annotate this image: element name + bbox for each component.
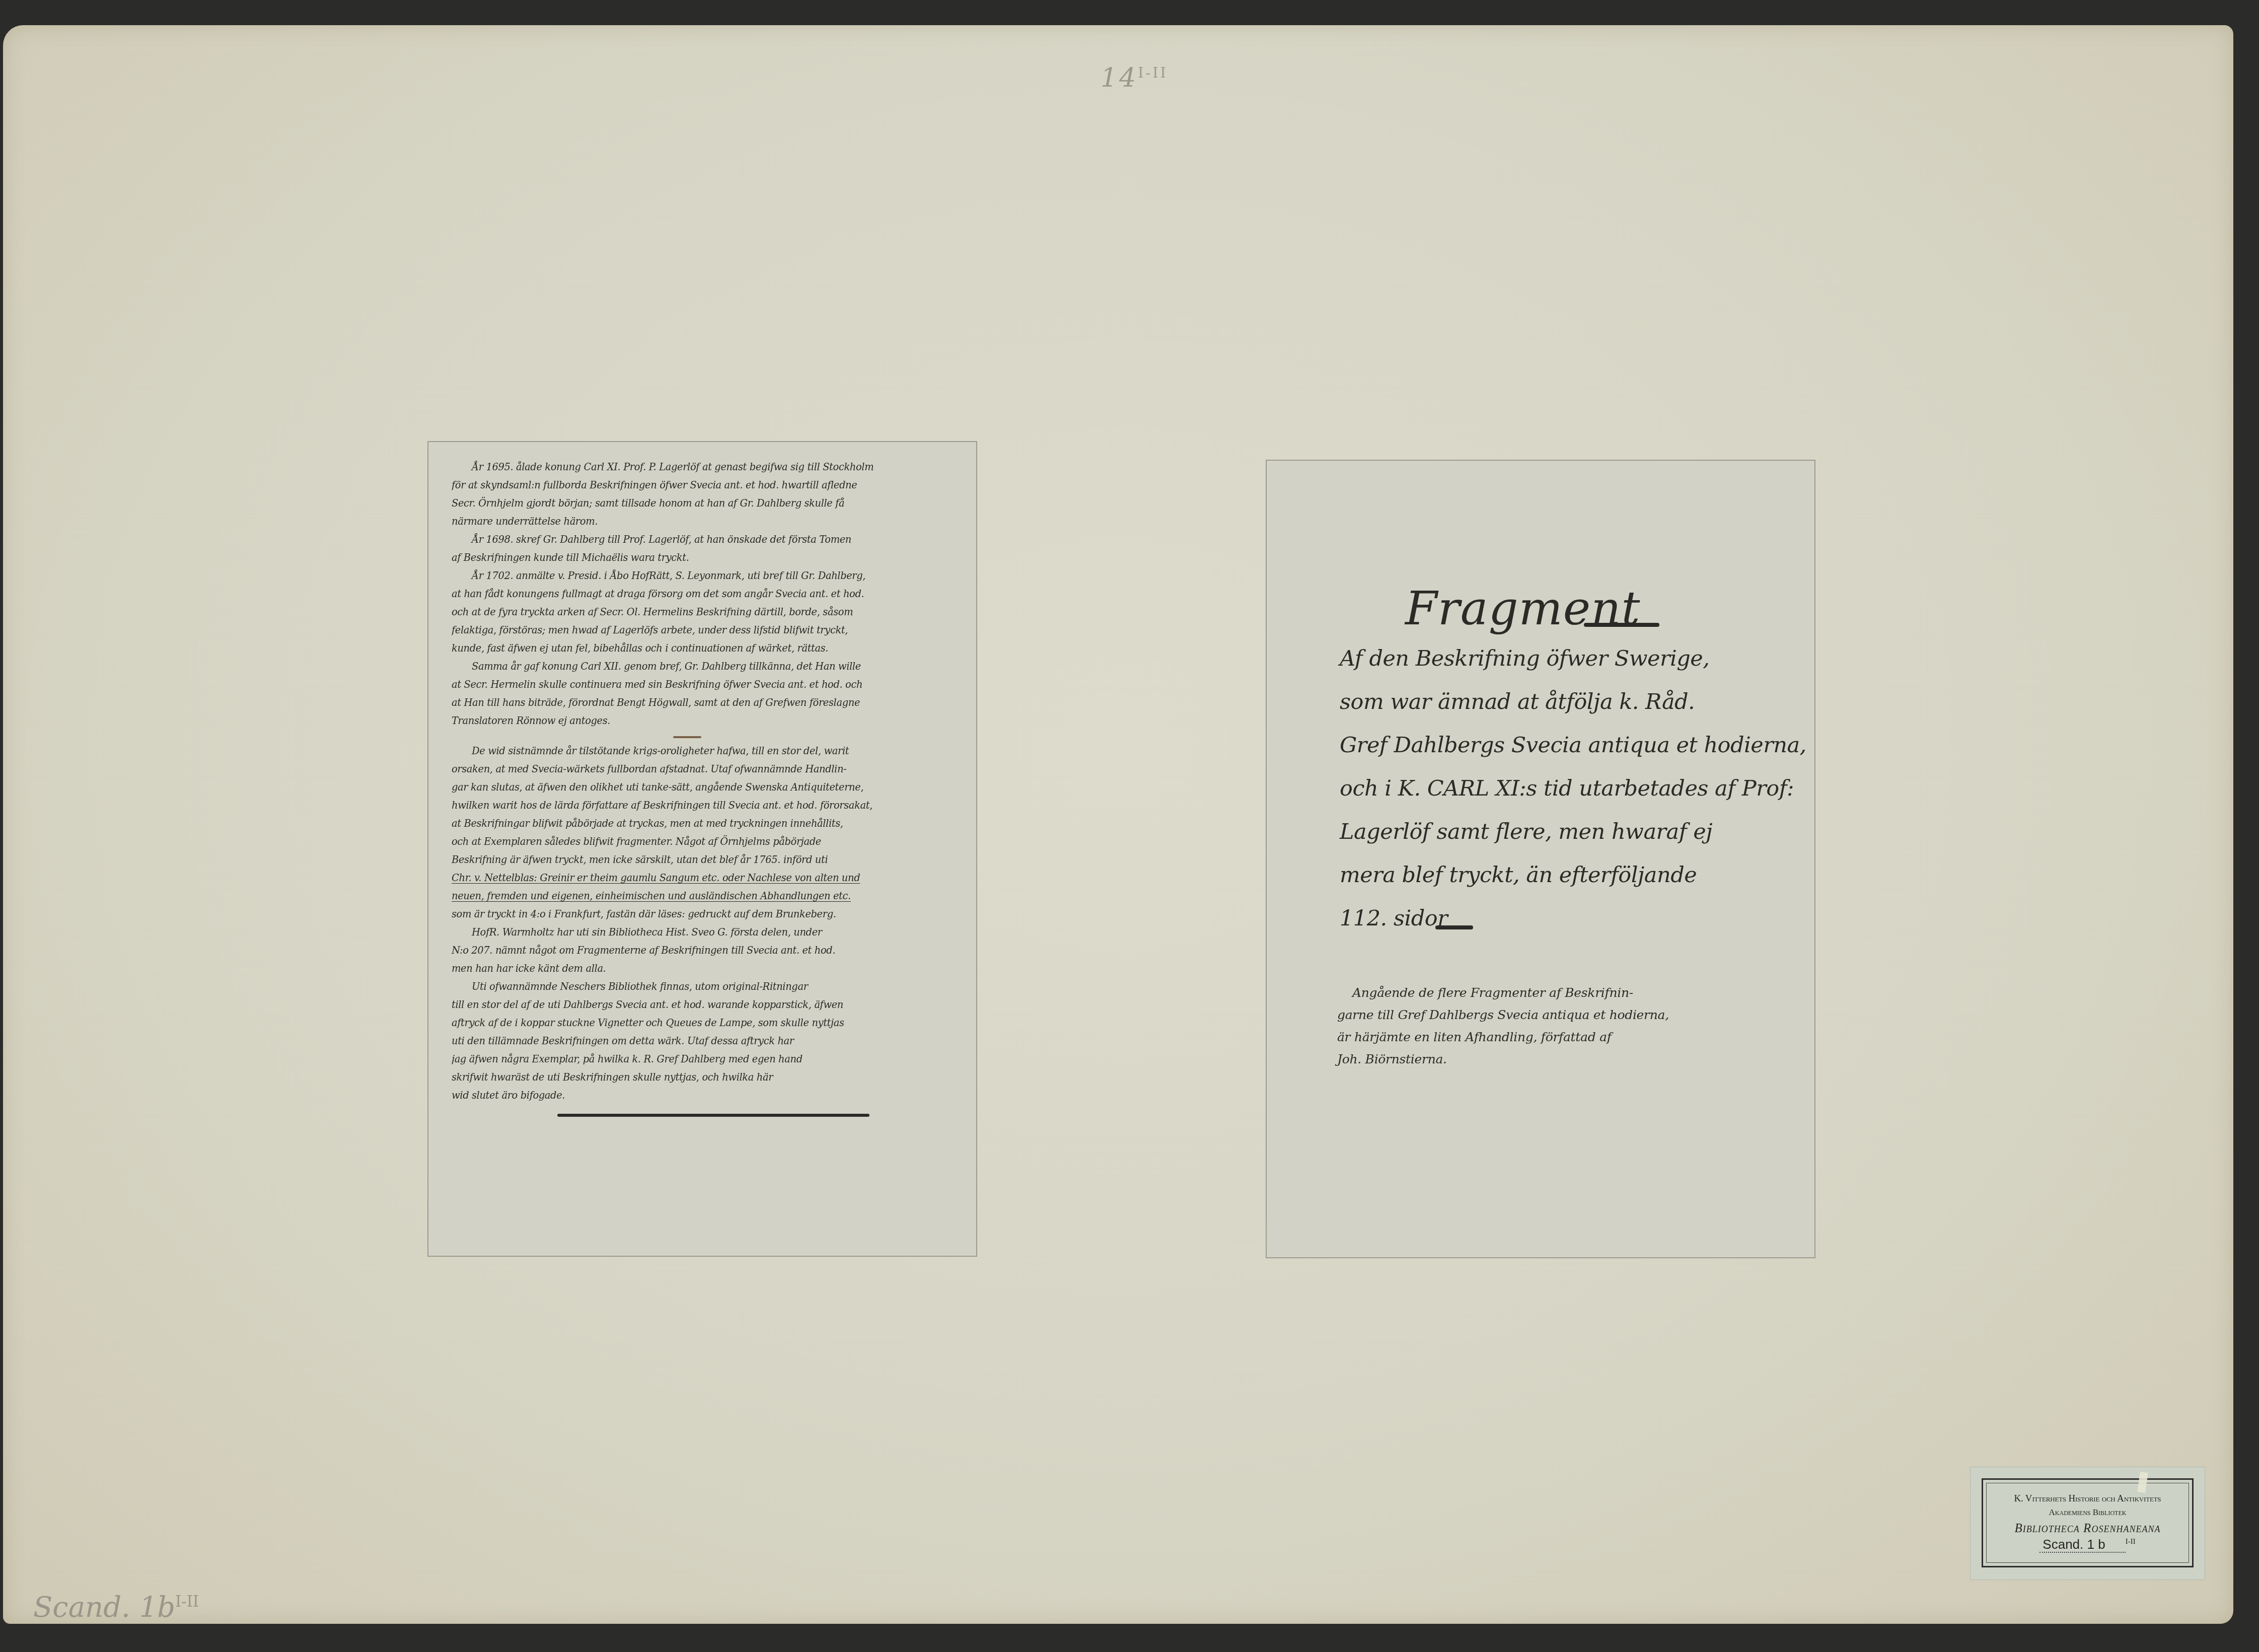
subtitle-line: Lagerlöf samt flere, men hwaraf ej (1340, 810, 1793, 853)
note-line: garne till Gref Dahlbergs Svecia antiqua… (1337, 1004, 1790, 1026)
text-line: och at de fyra tryckta arken af Secr. Ol… (452, 603, 962, 621)
end-rule (557, 1114, 869, 1117)
subtitle-line: Af den Beskrifning öfwer Swerige, (1340, 637, 1793, 680)
paragraph-1702: År 1702. anmälte v. Presid. i Åbo HofRät… (452, 567, 962, 658)
left-mounted-page: År 1695. ålade konung Carl XI. Prof. P. … (427, 441, 977, 1257)
text-line: men han har icke känt dem alla. (452, 960, 962, 978)
subtitle-line: Gref Dahlbergs Svecia antiqua et hodiern… (1340, 724, 1793, 767)
text-line: De wid sistnämnde år tilstötande krigs-o… (452, 742, 962, 760)
text-line: År 1698. skref Gr. Dahlberg till Prof. L… (452, 531, 962, 549)
pencil-folio-number: 14 (1101, 63, 1138, 93)
text-line: hwilken warit hos de lärda författare af… (452, 797, 962, 815)
footnote-note: Angående de flere Fragmenter af Beskrifn… (1337, 982, 1790, 1070)
label-institution: K. Vitterhets Historie och Antikvitets (1987, 1493, 2189, 1504)
page-title: Fragment (1405, 582, 1640, 635)
pencil-folio-sup: I-II (1138, 64, 1168, 81)
section-divider (673, 736, 701, 738)
text-line: Translatoren Rönnow ej antoges. (452, 712, 962, 730)
paragraph-neschers-bibliothek: Uti ofwannämnde Neschers Bibliothek finn… (452, 978, 962, 1105)
text-line: skrifwit hwaräst de uti Beskrifningen sk… (452, 1068, 962, 1087)
paragraph-samma-ar: Samma år gaf konung Carl XII. genom bref… (452, 658, 962, 730)
text-line: at han fådt konungens fullmagt at draga … (452, 585, 962, 603)
paragraph-warmholtz: HofR. Warmholtz har uti sin Bibliotheca … (452, 923, 962, 978)
text-line: wid slutet äro bifogade. (452, 1087, 962, 1105)
text-line: at Secr. Hermelin skulle continuera med … (452, 676, 962, 694)
label-shelfmark: Scand. 1 bI-II (1987, 1537, 2189, 1552)
pencil-shelfmark: Scand. 1bI-II (33, 1591, 199, 1624)
text-line: Uti ofwannämnde Neschers Bibliothek finn… (452, 978, 962, 996)
right-mounted-title-page: Fragment Af den Beskrifning öfwer Swerig… (1266, 460, 1815, 1258)
manuscript-sheet: 14I-II År 1695. ålade konung Carl XI. Pr… (3, 25, 2233, 1624)
paragraph-1695: År 1695. ålade konung Carl XI. Prof. P. … (452, 458, 962, 531)
text-line: för at skyndsaml:n fullborda Beskrifning… (452, 476, 962, 494)
text-line: År 1702. anmälte v. Presid. i Åbo HofRät… (452, 567, 962, 585)
shelfmark-sup: I-II (2126, 1538, 2136, 1546)
library-bookplate-label: K. Vitterhets Historie och Antikvitets A… (1970, 1467, 2205, 1580)
text-line: Beskrifning är äfwen tryckt, men icke sä… (452, 851, 962, 869)
text-line: kunde, fast äfwen ej utan fel, bibehålla… (452, 639, 962, 658)
subtitle-line: och i K. CARL XI:s tid utarbetades af Pr… (1340, 767, 1793, 810)
text-line-underlined: Chr. v. Nettelblas: Greinir er theim gau… (452, 869, 962, 887)
text-line: År 1695. ålade konung Carl XI. Prof. P. … (452, 458, 962, 476)
note-line: är härjämte en liten Afhandling, författ… (1337, 1026, 1790, 1048)
label-library: Akademiens Bibliotek (1987, 1507, 2189, 1518)
text-line: som är tryckt in 4:o i Frankfurt, fastän… (452, 905, 962, 923)
text-line: Secr. Örnhjelm gjordt början; samt tills… (452, 494, 962, 513)
sidor-flourish (1435, 925, 1473, 929)
label-collection: Bibliotheca Rosenhaneana (1987, 1522, 2189, 1536)
paragraph-1698: År 1698. skref Gr. Dahlberg till Prof. L… (452, 531, 962, 567)
text-line: gar kan slutas, at äfwen den olikhet uti… (452, 778, 962, 797)
shelfmark-value: Scand. 1 b (2039, 1537, 2125, 1553)
pencil-shelfmark-text: Scand. 1b (33, 1591, 175, 1624)
subtitle-line: som war ämnad at åtfölja k. Råd. (1340, 680, 1793, 724)
text-line: jag äfwen några Exemplar, på hwilka k. R… (452, 1050, 962, 1068)
text-line-underlined: neuen, fremden und eigenen, einheimische… (452, 887, 962, 905)
text-line: och at Exemplaren således blifwit fragme… (452, 833, 962, 851)
text-line: aftryck af de i koppar stuckne Vignetter… (452, 1014, 962, 1032)
subtitle-line: mera blef tryckt, än efterföljande (1340, 853, 1793, 897)
text-line: af Beskrifningen kunde till Michaëlis wa… (452, 549, 962, 567)
text-line: at Beskrifningar blifwit påbörjade at tr… (452, 815, 962, 833)
paragraph-krigs-oroligheter: De wid sistnämnde år tilstötande krigs-o… (452, 742, 962, 923)
pencil-folio-mark: 14I-II (1101, 63, 1168, 93)
note-line: Angående de flere Fragmenter af Beskrifn… (1337, 982, 1790, 1004)
text-line: uti den tillämnade Beskrifningen om dett… (452, 1032, 962, 1050)
text-line: till en stor del af de uti Dahlbergs Sve… (452, 996, 962, 1014)
label-outer-border: K. Vitterhets Historie och Antikvitets A… (1982, 1478, 2194, 1567)
label-inner-border: K. Vitterhets Historie och Antikvitets A… (1986, 1483, 2189, 1563)
text-line: HofR. Warmholtz har uti sin Bibliotheca … (452, 923, 962, 942)
note-line: Joh. Biörnstierna. (1337, 1048, 1790, 1070)
text-line: Samma år gaf konung Carl XII. genom bref… (452, 658, 962, 676)
text-line: närmare underrättelse härom. (452, 513, 962, 531)
text-line: at Han till hans biträde, förordnat Beng… (452, 694, 962, 712)
text-line: felaktiga, förstöras; men hwad af Lagerl… (452, 621, 962, 639)
text-line: orsaken, at med Svecia-wärkets fullborda… (452, 760, 962, 778)
text-line: N:o 207. nämnt något om Fragmenterne af … (452, 942, 962, 960)
title-description: Af den Beskrifning öfwer Swerige, som wa… (1340, 637, 1793, 940)
title-flourish (1584, 623, 1659, 627)
pencil-shelfmark-sup: I-II (175, 1593, 199, 1611)
subtitle-line: 112. sidor (1340, 897, 1793, 940)
